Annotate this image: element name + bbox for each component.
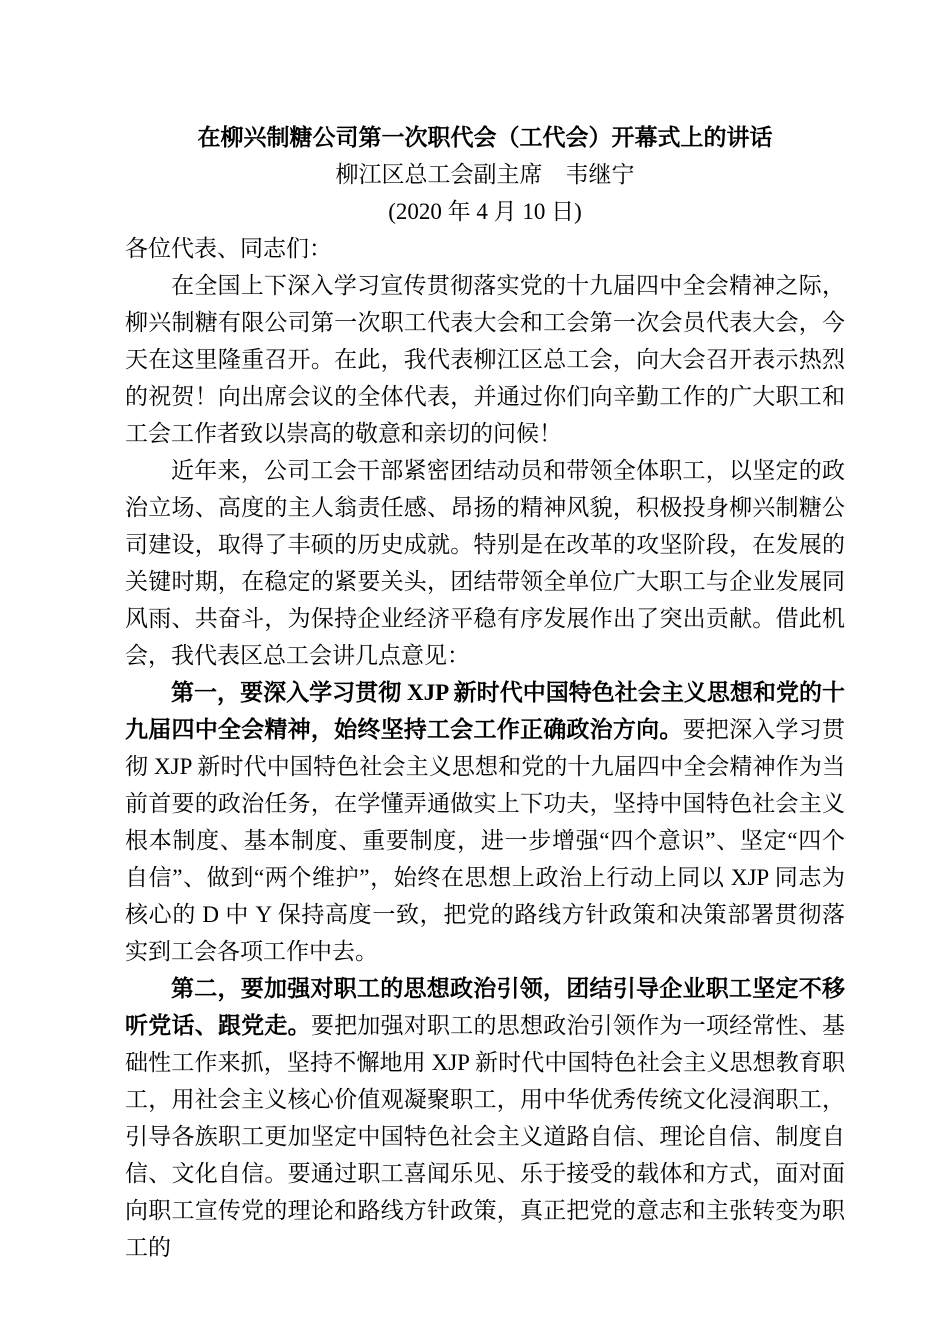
paragraph-4: 第二，要加强对职工的思想政治引领，团结引导企业职工坚定不移听党话、跟党走。要把加… (125, 970, 845, 1266)
paragraph-1-text: 在全国上下深入学习宣传贯彻落实党的十九届四中全会精神之际，柳兴制糖有限公司第一次… (125, 273, 845, 446)
document-content: 在柳兴制糖公司第一次职代会（工代会）开幕式上的讲话 柳江区总工会副主席 韦继宁 … (125, 119, 845, 1266)
document-page: 在柳兴制糖公司第一次职代会（工代会）开幕式上的讲话 柳江区总工会副主席 韦继宁 … (0, 0, 950, 1344)
paragraph-3-text: 要把深入学习贯彻 XJP 新时代中国特色社会主义思想和党的十九届四中全会精神作为… (125, 717, 845, 964)
date-line: (2020 年 4 月 10 日) (125, 193, 845, 230)
author-line: 柳江区总工会副主席 韦继宁 (125, 156, 845, 193)
paragraph-3: 第一，要深入学习贯彻 XJP 新时代中国特色社会主义思想和党的十九届四中全会精神… (125, 674, 845, 970)
paragraph-2-text: 近年来，公司工会干部紧密团结动员和带领全体职工，以坚定的政治立场、高度的主人翁责… (125, 458, 845, 668)
salutation-line: 各位代表、同志们： (125, 230, 845, 267)
paragraph-1: 在全国上下深入学习宣传贯彻落实党的十九届四中全会精神之际，柳兴制糖有限公司第一次… (125, 267, 845, 452)
paragraph-2: 近年来，公司工会干部紧密团结动员和带领全体职工，以坚定的政治立场、高度的主人翁责… (125, 452, 845, 674)
paragraph-4-text: 要把加强对职工的思想政治引领作为一项经常性、基础性工作来抓，坚持不懈地用 XJP… (125, 1013, 845, 1260)
document-title: 在柳兴制糖公司第一次职代会（工代会）开幕式上的讲话 (125, 119, 845, 156)
